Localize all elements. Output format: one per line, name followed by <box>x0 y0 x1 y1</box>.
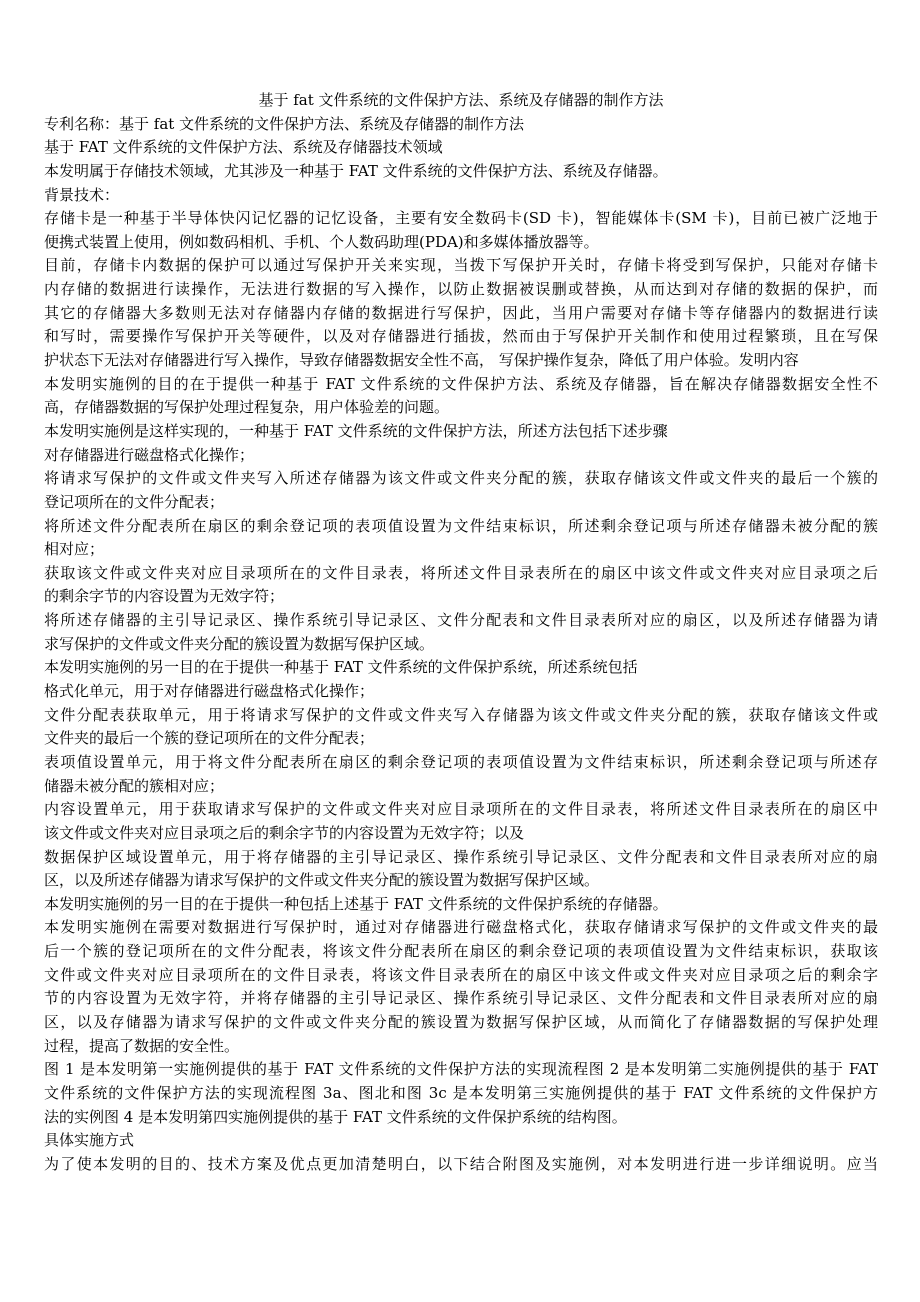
paragraph-system-intro: 本发明实施例的另一目的在于提供一种基于 FAT 文件系统的文件保护系统，所述系统… <box>44 656 878 680</box>
text-line: 本发明实施例是这样实现的，一种基于 FAT 文件系统的文件保护方法，所述方法包括… <box>44 420 878 444</box>
paragraph-unit-content-set: 内容设置单元，用于获取请求写保护的文件或文件夹对应目录项所在的文件目录表，将所述… <box>44 798 878 845</box>
paragraph-unit-value-set: 表项值设置单元，用于将文件分配表所在扇区的剩余登记项的表项值设置为文件结束标识，… <box>44 751 878 798</box>
heading-tech-field: 基于 FAT 文件系统的文件保护方法、系统及存储器技术领域 <box>44 136 878 160</box>
paragraph-patent-name: 专利名称：基于 fat 文件系统的文件保护方法、系统及存储器的制作方法 <box>44 113 878 137</box>
text-line: 相对应； <box>44 538 878 562</box>
paragraph-storage-intro: 本发明实施例的另一目的在于提供一种包括上述基于 FAT 文件系统的文件保护系统的… <box>44 893 878 917</box>
paragraph-step-write: 将请求写保护的文件或文件夹写入所述存储器为该文件或文件夹分配的簇，获取存储该文件… <box>44 467 878 514</box>
text-line: 文件系统的文件保护方法的实现流程图 3a、图北和图 3c 是本发明第三实施例提供… <box>44 1082 878 1106</box>
text-line: 图 1 是本发明第一实施例提供的基于 FAT 文件系统的文件保护方法的实现流程图… <box>44 1058 878 1082</box>
text-line: 区，以及存储器为请求写保护的文件或文件夹分配的簇设置为数据写保护区域，从而简化了… <box>44 1011 878 1035</box>
text-line: 过程，提高了数据的安全性。 <box>44 1035 878 1059</box>
text-line: 专利名称：基于 fat 文件系统的文件保护方法、系统及存储器的制作方法 <box>44 113 878 137</box>
text-line: 格式化单元，用于对存储器进行磁盘格式化操作； <box>44 680 878 704</box>
text-line: 获取该文件或文件夹对应目录项所在的文件目录表，将所述文件目录表所在的扇区中该文件… <box>44 562 878 586</box>
paragraph-step-directory: 获取该文件或文件夹对应目录项所在的文件目录表，将所述文件目录表所在的扇区中该文件… <box>44 562 878 609</box>
document-page: 基于 fat 文件系统的文件保护方法、系统及存储器的制作方法 专利名称：基于 f… <box>44 89 878 1176</box>
text-line: 目前，存储卡内数据的保护可以通过写保护开关来实现，当拨下写保护开关时，存储卡将受… <box>44 254 878 278</box>
text-line: 本发明实施例的目的在于提供一种基于 FAT 文件系统的文件保护方法、系统及存储器… <box>44 373 878 397</box>
text-line: 本发明实施例的另一目的在于提供一种基于 FAT 文件系统的文件保护系统，所述系统… <box>44 656 878 680</box>
text-line: 数据保护区域设置单元，用于将存储器的主引导记录区、操作系统引导记录区、文件分配表… <box>44 846 878 870</box>
text-line: 表项值设置单元，用于将文件分配表所在扇区的剩余登记项的表项值设置为文件结束标识，… <box>44 751 878 775</box>
text-line: 本发明实施例在需要对数据进行写保护时，通过对存储器进行磁盘格式化，获取存储请求写… <box>44 916 878 940</box>
paragraph-background-2: 目前，存储卡内数据的保护可以通过写保护开关来实现，当拨下写保护开关时，存储卡将受… <box>44 254 878 372</box>
text-line: 对存储器进行磁盘格式化操作； <box>44 444 878 468</box>
text-line: 内存储的数据进行读操作，无法进行数据的写入操作，以防止数据被误删或替换，从而达到… <box>44 278 878 302</box>
text-line: 储器未被分配的簇相对应； <box>44 775 878 799</box>
text-line: 便携式装置上使用，例如数码相机、手机、个人数码助理(PDA)和多媒体播放器等。 <box>44 231 878 255</box>
text-line: 护状态下无法对存储器进行写入操作，导致存储器数据安全性不高， 写保护操作复杂，降… <box>44 349 878 373</box>
text-line: 文件或文件夹对应目录项所在的文件目录表，将该文件目录表所在的扇区中该文件或文件夹… <box>44 964 878 988</box>
text-line: 内容设置单元，用于获取请求写保护的文件或文件夹对应目录项所在的文件目录表，将所述… <box>44 798 878 822</box>
text-line: 存储卡是一种基于半导体快闪记忆器的记忆设备，主要有安全数码卡(SD 卡)，智能媒… <box>44 207 878 231</box>
paragraph-unit-protect-region: 数据保护区域设置单元，用于将存储器的主引导记录区、操作系统引导记录区、文件分配表… <box>44 846 878 893</box>
paragraph-tech-field: 本发明属于存储技术领域，尤其涉及一种基于 FAT 文件系统的文件保护方法、系统及… <box>44 160 878 184</box>
paragraph-step-format: 对存储器进行磁盘格式化操作； <box>44 444 878 468</box>
text-line: 节的内容设置为无效字符，并将存储器的主引导记录区、操作系统引导记录区、文件分配表… <box>44 987 878 1011</box>
text-line: 后一个簇的登记项所在的文件分配表，将该文件分配表所在扇区的剩余登记项的表项值设置… <box>44 940 878 964</box>
text-line: 和写时，需要操作写保护开关等硬件，以及对存储器进行插拔，然而由于写保护开关制作和… <box>44 325 878 349</box>
paragraph-embodiment-1: 为了使本发明的目的、技术方案及优点更加清楚明白，以下结合附图及实施例，对本发明进… <box>44 1153 878 1177</box>
text-line: 登记项所在的文件分配表； <box>44 491 878 515</box>
text-line: 区，以及所述存储器为请求写保护的文件或文件夹分配的簇设置为数据写保护区域。 <box>44 869 878 893</box>
text-line: 本发明实施例的另一目的在于提供一种包括上述基于 FAT 文件系统的文件保护系统的… <box>44 893 878 917</box>
paragraph-benefit: 本发明实施例在需要对数据进行写保护时，通过对存储器进行磁盘格式化，获取存储请求写… <box>44 916 878 1058</box>
paragraph-background-1: 存储卡是一种基于半导体快闪记忆器的记忆设备，主要有安全数码卡(SD 卡)，智能媒… <box>44 207 878 254</box>
text-line: 法的实例图 4 是本发明第四实施例提供的基于 FAT 文件系统的文件保护系统的结… <box>44 1106 878 1130</box>
text-line: 背景技术： <box>44 184 878 208</box>
document-title: 基于 fat 文件系统的文件保护方法、系统及存储器的制作方法 <box>44 89 878 113</box>
text-line: 高，存储器数据的写保护处理过程复杂，用户体验差的问题。 <box>44 396 878 420</box>
text-line: 将所述存储器的主引导记录区、操作系统引导记录区、文件分配表和文件目录表所对应的扇… <box>44 609 878 633</box>
text-line: 基于 FAT 文件系统的文件保护方法、系统及存储器技术领域 <box>44 136 878 160</box>
text-line: 其它的存储器大多数则无法对存储器内存储的数据进行写保护，因此，当用户需要对存储卡… <box>44 302 878 326</box>
paragraph-step-fat-value: 将所述文件分配表所在扇区的剩余登记项的表项值设置为文件结束标识，所述剩余登记项与… <box>44 515 878 562</box>
text-line: 该文件或文件夹对应目录项之后的剩余字节的内容设置为无效字符；以及 <box>44 822 878 846</box>
heading-embodiment: 具体实施方式 <box>44 1129 878 1153</box>
text-line: 将所述文件分配表所在扇区的剩余登记项的表项值设置为文件结束标识，所述剩余登记项与… <box>44 515 878 539</box>
paragraph-unit-fat-get: 文件分配表获取单元，用于将请求写保护的文件或文件夹写入存储器为该文件或文件夹分配… <box>44 704 878 751</box>
text-line: 文件夹的最后一个簇的登记项所在的文件分配表； <box>44 727 878 751</box>
paragraph-summary-purpose: 本发明实施例的目的在于提供一种基于 FAT 文件系统的文件保护方法、系统及存储器… <box>44 373 878 420</box>
text-line: 为了使本发明的目的、技术方案及优点更加清楚明白，以下结合附图及实施例，对本发明进… <box>44 1153 878 1177</box>
text-line: 求写保护的文件或文件夹分配的簇设置为数据写保护区域。 <box>44 633 878 657</box>
text-line: 的剩余字节的内容设置为无效字符； <box>44 585 878 609</box>
paragraph-step-protect-region: 将所述存储器的主引导记录区、操作系统引导记录区、文件分配表和文件目录表所对应的扇… <box>44 609 878 656</box>
paragraph-method-intro: 本发明实施例是这样实现的，一种基于 FAT 文件系统的文件保护方法，所述方法包括… <box>44 420 878 444</box>
paragraph-unit-format: 格式化单元，用于对存储器进行磁盘格式化操作； <box>44 680 878 704</box>
text-line: 文件分配表获取单元，用于将请求写保护的文件或文件夹写入存储器为该文件或文件夹分配… <box>44 704 878 728</box>
text-line: 具体实施方式 <box>44 1129 878 1153</box>
text-line: 将请求写保护的文件或文件夹写入所述存储器为该文件或文件夹分配的簇，获取存储该文件… <box>44 467 878 491</box>
text-line: 本发明属于存储技术领域，尤其涉及一种基于 FAT 文件系统的文件保护方法、系统及… <box>44 160 878 184</box>
paragraph-figures: 图 1 是本发明第一实施例提供的基于 FAT 文件系统的文件保护方法的实现流程图… <box>44 1058 878 1129</box>
heading-background: 背景技术： <box>44 184 878 208</box>
